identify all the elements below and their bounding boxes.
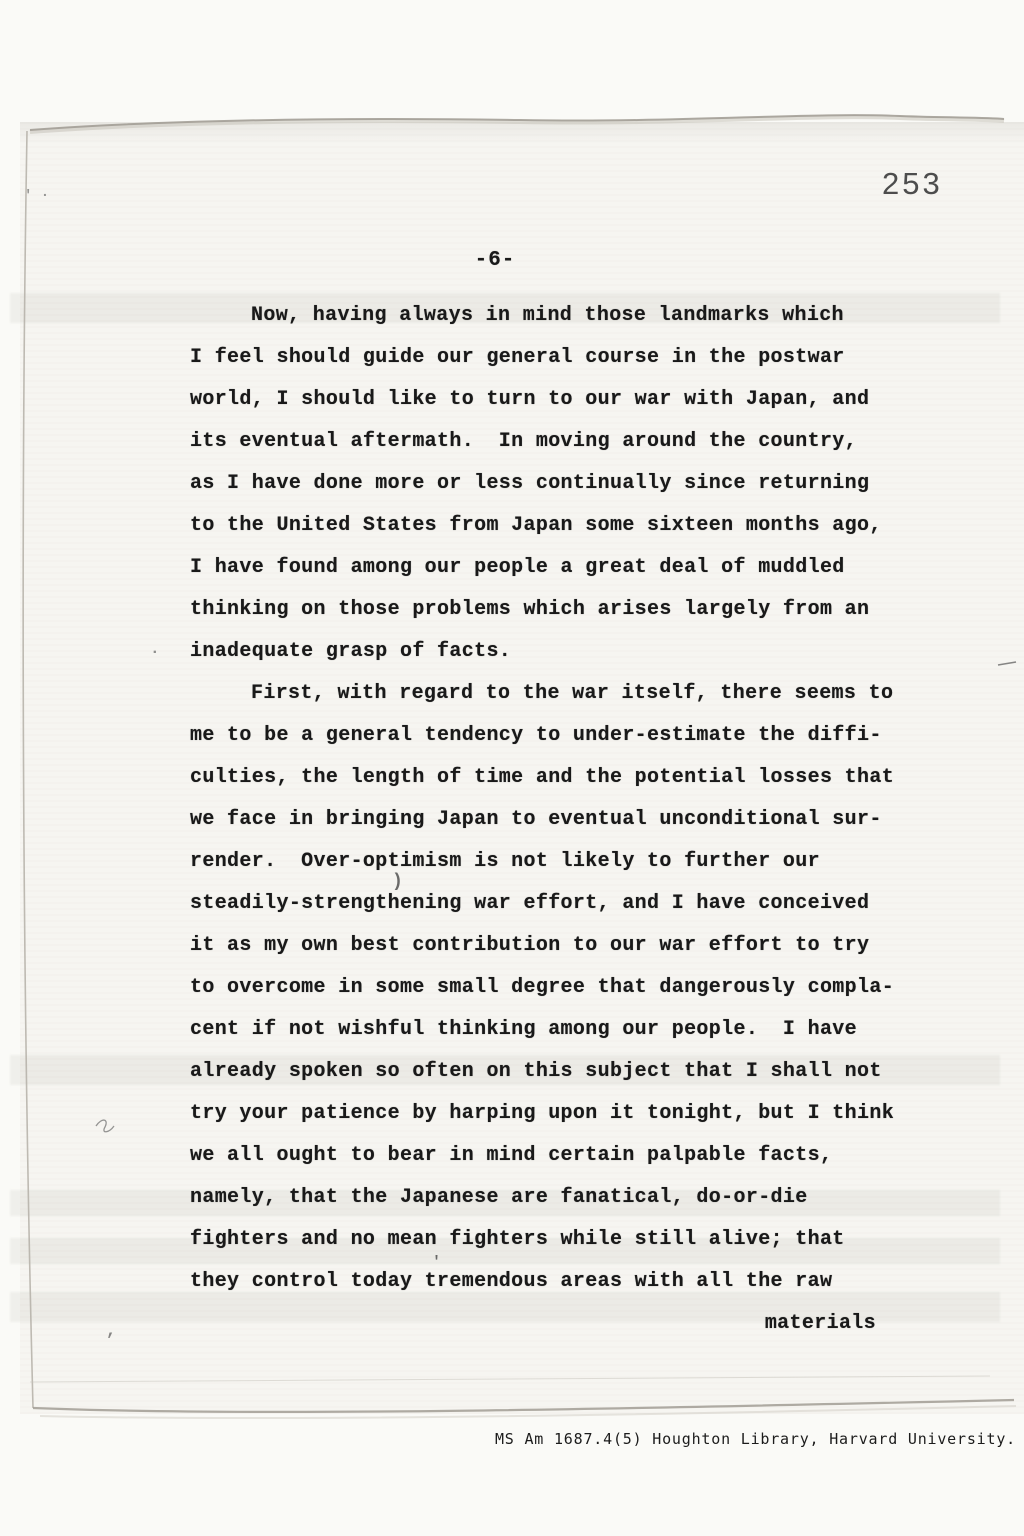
typescript-line: steadily-strengthening war effort, and I… xyxy=(190,883,890,925)
typescript-line: I feel should guide our general course i… xyxy=(190,337,890,379)
stray-mark: . xyxy=(150,640,160,658)
typescript-line: materials xyxy=(190,1303,890,1345)
typescript-line: First, with regard to the war itself, th… xyxy=(190,673,890,715)
typescript-line: I have found among our people a great de… xyxy=(190,547,890,589)
typescript-line: we all ought to bear in mind certain pal… xyxy=(190,1135,890,1177)
typescript-line: to overcome in some small degree that da… xyxy=(190,967,890,1009)
typescript-line: inadequate grasp of facts. xyxy=(190,631,890,673)
typescript-line: namely, that the Japanese are fanatical,… xyxy=(190,1177,890,1219)
library-caption: MS Am 1687.4(5) Houghton Library, Harvar… xyxy=(495,1430,1016,1448)
typescript-line: world, I should like to turn to our war … xyxy=(190,379,890,421)
typescript-line: cent if not wishful thinking among our p… xyxy=(190,1009,890,1051)
stray-mark: , xyxy=(106,1322,116,1341)
typescript-body: Now, having always in mind those landmar… xyxy=(190,295,890,1345)
typescript-line: they control today tremendous areas with… xyxy=(190,1261,890,1303)
typescript-line: it as my own best contribution to our wa… xyxy=(190,925,890,967)
typescript-line: render. Over-optimism is not likely to f… xyxy=(190,841,890,883)
typescript-line: fighters and no mean fighters while stil… xyxy=(190,1219,890,1261)
typescript-line: Now, having always in mind those landmar… xyxy=(190,295,890,337)
stray-mark: ' · xyxy=(24,188,49,204)
typescript-line: culties, the length of time and the pote… xyxy=(190,757,890,799)
typescript-line: try your patience by harping upon it ton… xyxy=(190,1093,890,1135)
stray-mark: ' xyxy=(432,1254,441,1271)
typescript-line: we face in bringing Japan to eventual un… xyxy=(190,799,890,841)
scanned-document-page: 253 -6- Now, having always in mind those… xyxy=(0,0,1024,1536)
stray-mark: ) xyxy=(392,872,403,892)
page-number: 253 xyxy=(882,166,943,202)
typescript-line: to the United States from Japan some six… xyxy=(190,505,890,547)
typescript-line: as I have done more or less continually … xyxy=(190,463,890,505)
typescript-line: its eventual aftermath. In moving around… xyxy=(190,421,890,463)
page-heading: -6- xyxy=(455,249,535,272)
typescript-line: already spoken so often on this subject … xyxy=(190,1051,890,1093)
typescript-line: me to be a general tendency to under-est… xyxy=(190,715,890,757)
typescript-line: thinking on those problems which arises … xyxy=(190,589,890,631)
